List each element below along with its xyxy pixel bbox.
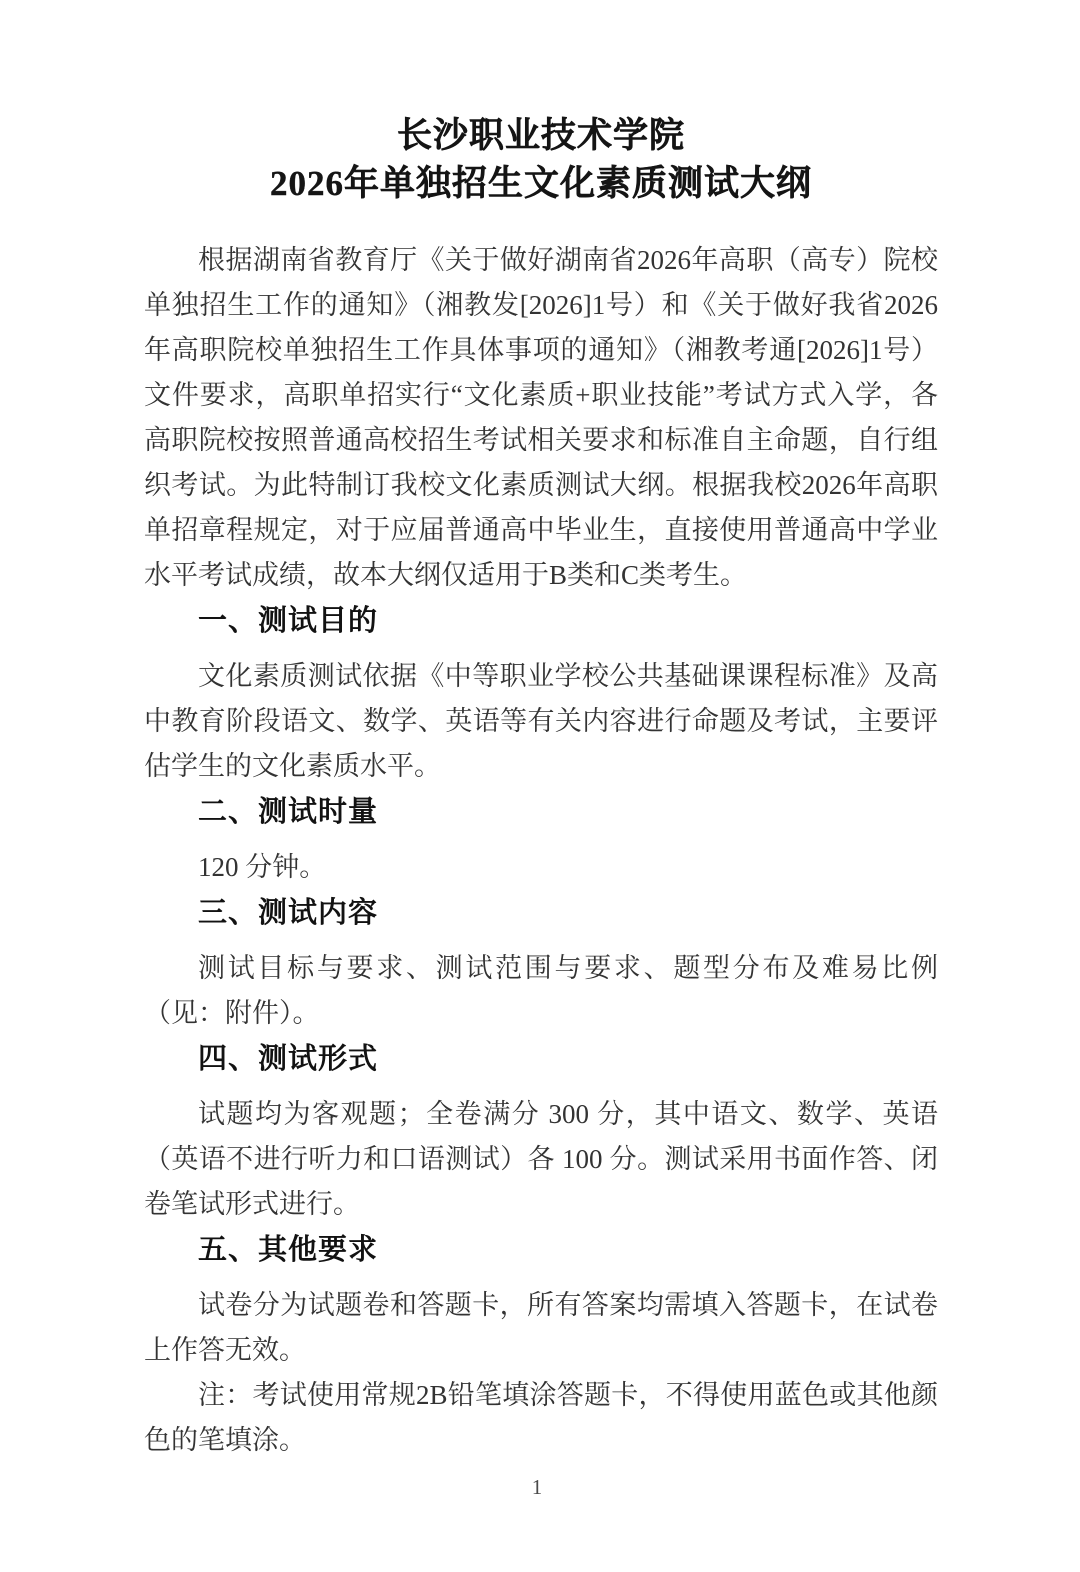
section-paragraph-test-content: 测试目标与要求、测试范围与要求、题型分布及难易比例（见：附件）。 <box>144 946 938 1036</box>
document-title: 长沙职业技术学院 2026年单独招生文化素质测试大纲 <box>144 112 938 208</box>
section-paragraph-test-purpose: 文化素质测试依据《中等职业学校公共基础课课程标准》及高中教育阶段语文、数学、英语… <box>144 654 938 789</box>
section-paragraph-answer-sheet: 试卷分为试题卷和答题卡，所有答案均需填入答题卡，在试卷上作答无效。 <box>144 1283 938 1373</box>
section-paragraph-test-duration: 120 分钟。 <box>144 845 938 890</box>
section-heading-test-content: 三、测试内容 <box>144 890 938 936</box>
document-page: 长沙职业技术学院 2026年单独招生文化素质测试大纲 根据湖南省教育厅《关于做好… <box>0 0 1080 1572</box>
section-heading-test-format: 四、测试形式 <box>144 1036 938 1082</box>
document-body: 根据湖南省教育厅《关于做好湖南省2026年高职（高专）院校单独招生工作的通知》（… <box>144 238 938 1463</box>
section-paragraph-pencil-note: 注：考试使用常规2B铅笔填涂答题卡，不得使用蓝色或其他颜色的笔填涂。 <box>144 1373 938 1463</box>
document-title-line-1: 长沙职业技术学院 <box>144 112 938 160</box>
section-heading-other-requirements: 五、其他要求 <box>144 1227 938 1273</box>
page-number: 1 <box>0 1475 1074 1500</box>
intro-paragraph: 根据湖南省教育厅《关于做好湖南省2026年高职（高专）院校单独招生工作的通知》（… <box>144 238 938 598</box>
section-heading-test-duration: 二、测试时量 <box>144 789 938 835</box>
section-heading-test-purpose: 一、测试目的 <box>144 598 938 644</box>
section-paragraph-test-format: 试题均为客观题；全卷满分 300 分，其中语文、数学、英语（英语不进行听力和口语… <box>144 1092 938 1227</box>
document-title-line-2: 2026年单独招生文化素质测试大纲 <box>144 160 938 208</box>
